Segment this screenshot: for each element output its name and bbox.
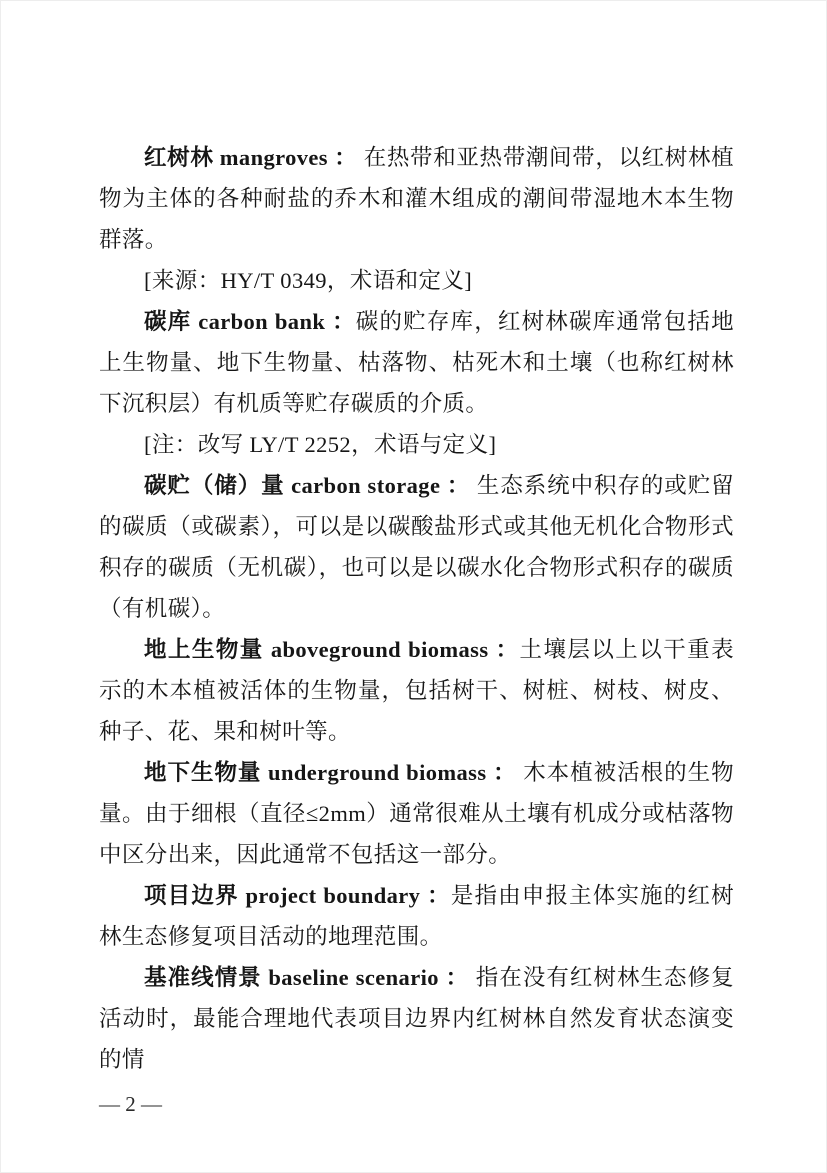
term-en: aboveground biomass: [271, 637, 489, 662]
term-cn: 基准线情景: [144, 965, 262, 990]
term-cn: 地下生物量: [144, 760, 261, 785]
definition-project-boundary: 项目边界 project boundary ：是指由申报主体实施的红树林生态修复…: [99, 875, 734, 957]
definition-carbon-bank: 碳库 carbon bank ：碳的贮存库，红树林碳库通常包括地上生物量、地下生…: [99, 301, 734, 424]
term-cn: 碳库: [144, 309, 191, 334]
page-footer: — 2 —: [99, 1089, 734, 1119]
term-heading: 碳贮（储）量 carbon storage ：: [144, 473, 470, 498]
term-colon: ：: [496, 637, 520, 662]
term-cn: 地上生物量: [144, 637, 264, 662]
term-colon: ：: [332, 309, 356, 334]
term-heading: 红树林 mangroves ：: [144, 145, 357, 170]
term-colon: ：: [447, 473, 470, 498]
document-page: 红树林 mangroves ： 在热带和亚热带潮间带，以红树林植物为主体的各种耐…: [0, 0, 827, 1173]
term-en: carbon storage: [291, 473, 440, 498]
definition-baseline-scenario: 基准线情景 baseline scenario ： 指在没有红树林生态修复活动时…: [99, 957, 734, 1080]
term-colon: ：: [446, 965, 470, 990]
definition-mangroves: 红树林 mangroves ： 在热带和亚热带潮间带，以红树林植物为主体的各种耐…: [99, 137, 734, 260]
term-heading: 项目边界 project boundary ：: [144, 883, 451, 908]
term-heading: 碳库 carbon bank ：: [144, 309, 356, 334]
term-colon: ：: [427, 883, 451, 908]
source-note-mangroves: [来源：HY/T 0349，术语和定义]: [99, 260, 734, 301]
term-heading: 地下生物量 underground biomass ：: [144, 760, 517, 785]
term-en: mangroves: [220, 145, 328, 170]
definition-underground-biomass: 地下生物量 underground biomass ： 木本植被活根的生物量。由…: [99, 752, 734, 875]
term-en: baseline scenario: [268, 965, 439, 990]
term-heading: 地上生物量 aboveground biomass ：: [144, 637, 520, 662]
source-note-carbon-bank: [注：改写 LY/T 2252，术语与定义]: [99, 424, 734, 465]
term-en: project boundary: [245, 883, 420, 908]
term-colon: ：: [493, 760, 516, 785]
term-en: underground biomass: [268, 760, 486, 785]
term-cn: 项目边界: [144, 883, 239, 908]
term-cn: 碳贮（储）量: [144, 473, 285, 498]
terms-and-definitions-section: 红树林 mangroves ： 在热带和亚热带潮间带，以红树林植物为主体的各种耐…: [99, 137, 734, 1080]
term-heading: 基准线情景 baseline scenario ：: [144, 965, 469, 990]
term-cn: 红树林: [144, 145, 213, 170]
term-colon: ：: [334, 145, 357, 170]
definition-carbon-storage: 碳贮（储）量 carbon storage ： 生态系统中积存的或贮留的碳质（或…: [99, 465, 734, 629]
term-en: carbon bank: [198, 309, 325, 334]
page-number: — 2 —: [99, 1092, 162, 1116]
definition-aboveground-biomass: 地上生物量 aboveground biomass ：土壤层以上以干重表示的木本…: [99, 629, 734, 752]
